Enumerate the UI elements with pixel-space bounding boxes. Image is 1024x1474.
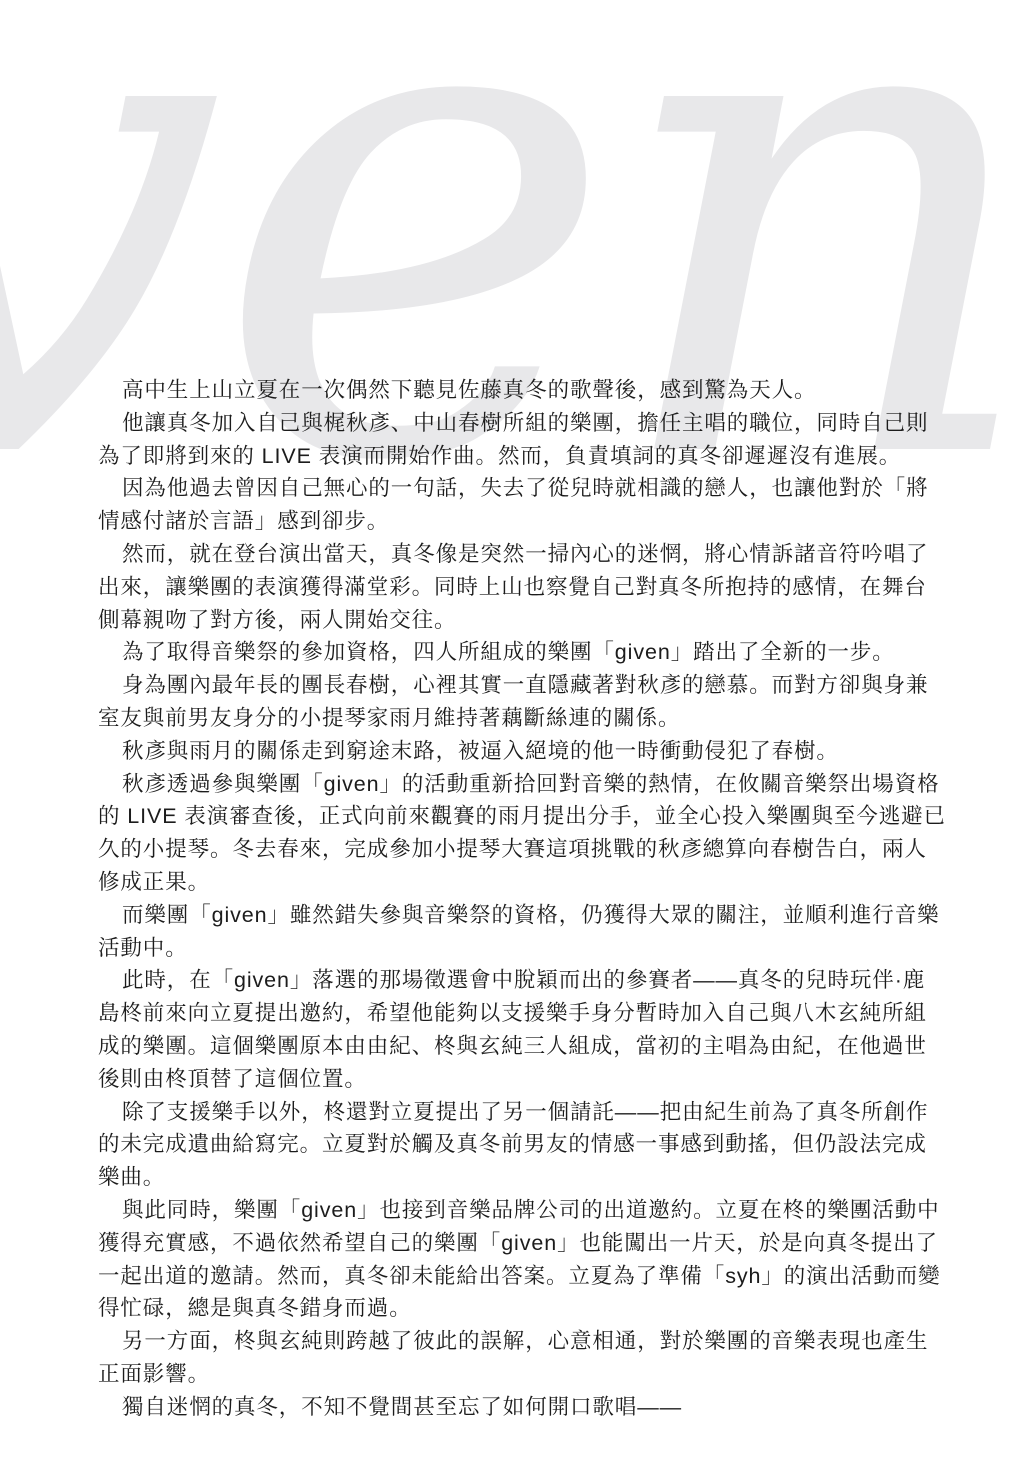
synopsis-line: 然而，就在登台演出當天，真冬像是突然一掃內心的迷惘，將心情訴諸音符吟唱了 bbox=[98, 538, 958, 571]
synopsis-line: 活動中。 bbox=[98, 932, 958, 965]
synopsis-line: 成的樂團。這個樂團原本由由紀、柊與玄純三人組成，當初的主唱為由紀，在他過世 bbox=[98, 1030, 958, 1063]
synopsis-line: 此時，在「given」落選的那場徵選會中脫穎而出的參賽者——真冬的兒時玩伴·鹿 bbox=[98, 964, 958, 997]
synopsis-line: 修成正果。 bbox=[98, 866, 958, 899]
synopsis-line: 為了即將到來的 LIVE 表演而開始作曲。然而，負責填詞的真冬卻遲遲沒有進展。 bbox=[98, 440, 958, 473]
synopsis-line: 高中生上山立夏在一次偶然下聽見佐藤真冬的歌聲後，感到驚為天人。 bbox=[98, 374, 958, 407]
synopsis-line: 除了支援樂手以外，柊還對立夏提出了另一個請託——把由紀生前為了真冬所創作 bbox=[98, 1096, 958, 1129]
synopsis-line: 出來，讓樂團的表演獲得滿堂彩。同時上山也察覺自己對真冬所抱持的感情，在舞台 bbox=[98, 571, 958, 604]
synopsis-line: 正面影響。 bbox=[98, 1358, 958, 1391]
synopsis-line: 獲得充實感，不過依然希望自己的樂團「given」也能闖出一片天，於是向真冬提出了 bbox=[98, 1227, 958, 1260]
synopsis-line: 的未完成遺曲給寫完。立夏對於觸及真冬前男友的情感一事感到動搖，但仍設法完成 bbox=[98, 1128, 958, 1161]
synopsis-line: 島柊前來向立夏提出邀約，希望他能夠以支援樂手身分暫時加入自己與八木玄純所組 bbox=[98, 997, 958, 1030]
synopsis-line: 他讓真冬加入自己與梶秋彥、中山春樹所組的樂團，擔任主唱的職位，同時自己則 bbox=[98, 407, 958, 440]
synopsis-line: 的 LIVE 表演審查後，正式向前來觀賽的雨月提出分手，並全心投入樂團與至今逃避… bbox=[98, 800, 958, 833]
synopsis-line: 樂曲。 bbox=[98, 1161, 958, 1194]
synopsis-line: 獨自迷惘的真冬，不知不覺間甚至忘了如何開口歌唱—— bbox=[98, 1391, 958, 1424]
synopsis-line: 得忙碌，總是與真冬錯身而過。 bbox=[98, 1292, 958, 1325]
synopsis-line: 另一方面，柊與玄純則跨越了彼此的誤解，心意相通，對於樂團的音樂表現也產生 bbox=[98, 1325, 958, 1358]
synopsis-line: 而樂團「given」雖然錯失參與音樂祭的資格，仍獲得大眾的關注，並順利進行音樂 bbox=[98, 899, 958, 932]
synopsis-line: 側幕親吻了對方後，兩人開始交往。 bbox=[98, 604, 958, 637]
synopsis-line: 室友與前男友身分的小提琴家雨月維持著藕斷絲連的關係。 bbox=[98, 702, 958, 735]
synopsis-line: 與此同時，樂團「given」也接到音樂品牌公司的出道邀約。立夏在柊的樂團活動中 bbox=[98, 1194, 958, 1227]
synopsis-line: 為了取得音樂祭的參加資格，四人所組成的樂團「given」踏出了全新的一步。 bbox=[98, 636, 958, 669]
synopsis-line: 秋彥與雨月的關係走到窮途末路，被逼入絕境的他一時衝動侵犯了春樹。 bbox=[98, 735, 958, 768]
synopsis-text: 高中生上山立夏在一次偶然下聽見佐藤真冬的歌聲後，感到驚為天人。他讓真冬加入自己與… bbox=[98, 374, 958, 1424]
synopsis-line: 因為他過去曾因自己無心的一句話，失去了從兒時就相識的戀人，也讓他對於「將 bbox=[98, 472, 958, 505]
synopsis-line: 身為團內最年長的團長春樹，心裡其實一直隱藏著對秋彥的戀慕。而對方卻與身兼 bbox=[98, 669, 958, 702]
synopsis-line: 情感付諸於言語」感到卻步。 bbox=[98, 505, 958, 538]
synopsis-line: 秋彥透過參與樂團「given」的活動重新拾回對音樂的熱情，在攸關音樂祭出場資格 bbox=[98, 768, 958, 801]
synopsis-line: 久的小提琴。冬去春來，完成參加小提琴大賽這項挑戰的秋彥總算向春樹告白，兩人 bbox=[98, 833, 958, 866]
synopsis-line: 一起出道的邀請。然而，真冬卻未能給出答案。立夏為了準備「syh」的演出活動而變 bbox=[98, 1260, 958, 1293]
synopsis-line: 後則由柊頂替了這個位置。 bbox=[98, 1063, 958, 1096]
